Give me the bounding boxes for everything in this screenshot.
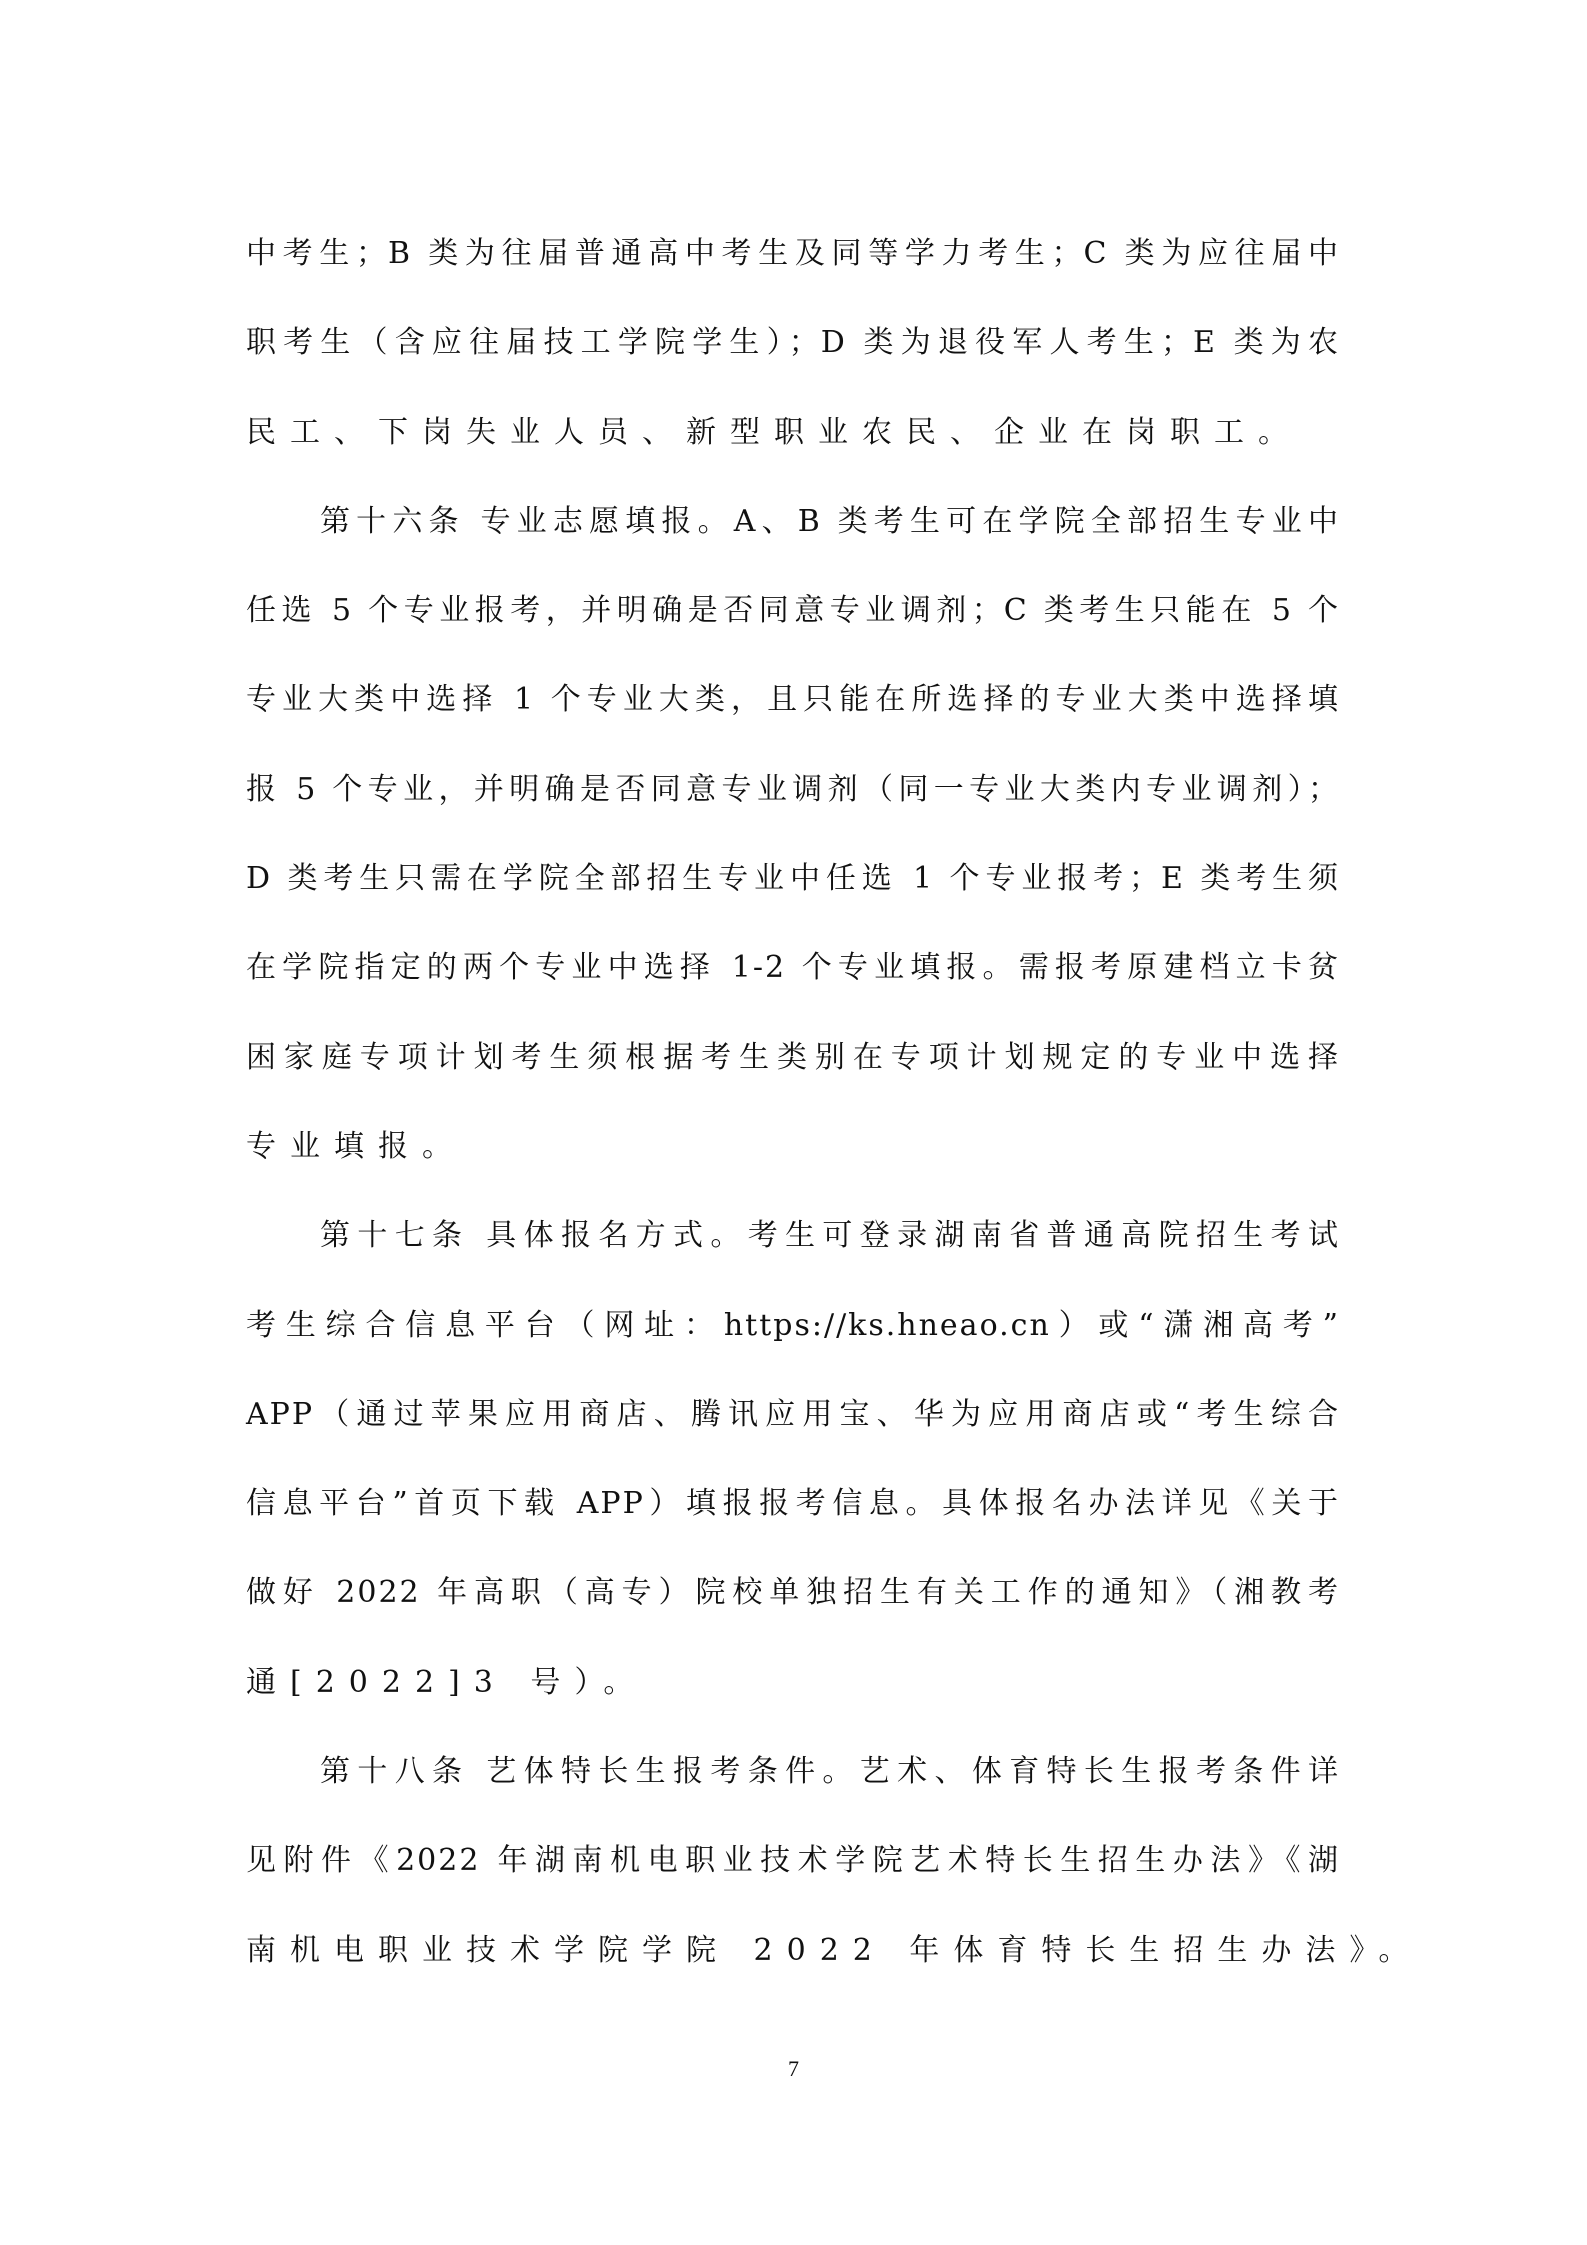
- text-line: 专业大类中选择 1 个专业大类，且只能在所选择的专业大类中选择填: [246, 675, 1340, 764]
- text-line: 困家庭专项计划考生须根据考生类别在专项计划规定的专业中选择: [246, 1033, 1340, 1122]
- article-16-heading-line: 第十六条 专业志愿填报。A、B 类考生可在学院全部招生专业中: [246, 497, 1340, 586]
- text-line: 专业填报。: [246, 1122, 1340, 1211]
- text-line: 通[2022]3 号）。: [246, 1658, 1340, 1747]
- text-line: 民工、下岗失业人员、新型职业农民、企业在岗职工。: [246, 408, 1340, 497]
- text-line: D 类考生只需在学院全部招生专业中任选 1 个专业报考；E 类考生须: [246, 854, 1340, 943]
- article-18-heading-line: 第十八条 艺体特长生报考条件。艺术、体育特长生报考条件详: [246, 1747, 1340, 1836]
- text-line: 信息平台”首页下载 APP）填报报考信息。具体报名办法详见《关于: [246, 1479, 1340, 1568]
- text-line: 职考生（含应往届技工学院学生）；D 类为退役军人考生；E 类为农: [246, 318, 1340, 407]
- page-number: 7: [0, 2056, 1587, 2082]
- text-line: 报 5 个专业，并明确是否同意专业调剂（同一专业大类内专业调剂）；: [246, 765, 1340, 854]
- text-line: 做好 2022 年高职（高专）院校单独招生有关工作的通知》（湘教考: [246, 1568, 1340, 1657]
- text-line: 在学院指定的两个专业中选择 1-2 个专业填报。需报考原建档立卡贫: [246, 943, 1340, 1032]
- body-text: 中考生；B 类为往届普通高中考生及同等学力考生；C 类为应往届中 职考生（含应往…: [246, 229, 1340, 2015]
- text-line: 南机电职业技术学院学院 2022 年体育特长生招生办法》。: [246, 1926, 1340, 2015]
- article-17-heading-line: 第十七条 具体报名方式。考生可登录湖南省普通高院招生考试: [246, 1211, 1340, 1300]
- text-line: 任选 5 个专业报考，并明确是否同意专业调剂；C 类考生只能在 5 个: [246, 586, 1340, 675]
- text-line: 中考生；B 类为往届普通高中考生及同等学力考生；C 类为应往届中: [246, 229, 1340, 318]
- text-line: 考生综合信息平台（网址：https://ks.hneao.cn）或“潇湘高考”: [246, 1301, 1340, 1390]
- text-line: APP（通过苹果应用商店、腾讯应用宝、华为应用商店或“考生综合: [246, 1390, 1340, 1479]
- document-page: 中考生；B 类为往届普通高中考生及同等学力考生；C 类为应往届中 职考生（含应往…: [0, 0, 1587, 2245]
- text-line: 见附件《2022 年湖南机电职业技术学院艺术特长生招生办法》《湖: [246, 1836, 1340, 1925]
